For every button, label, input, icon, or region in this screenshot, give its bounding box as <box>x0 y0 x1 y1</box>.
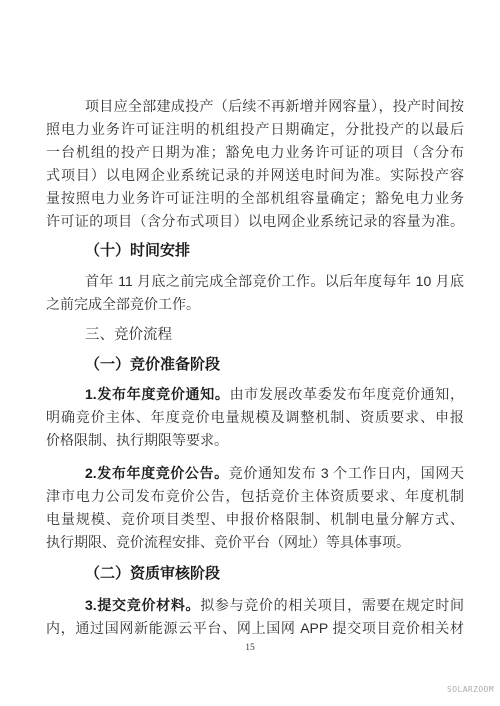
section-heading-bidding-process: 三、竞价流程 <box>46 324 464 347</box>
page-number: 15 <box>0 643 500 653</box>
run-text: 拟参与竞价的相关项目，需要在规定时间 <box>200 597 464 613</box>
text-line: 照电力业务许可证注明的机组投产日期确定，分批投产的以最后 <box>46 118 464 141</box>
run-text: 由市发展改革委发布年度竞价通知， <box>230 386 464 402</box>
text-line: 电量规模、竞价项目类型、申报价格限制、机制电量分解方式、 <box>46 508 464 531</box>
watermark-text: SOLARZOOM <box>447 685 494 694</box>
document-body: 项目应全部建成投产（后续不再新增并网容量），投产时间按 照电力业务许可证注明的机… <box>46 95 464 640</box>
text-line: 价格限制、执行期限等要求。 <box>46 429 464 452</box>
text-line: 2.发布年度竞价公告。竞价通知发布 3 个工作日内，国网天 <box>46 462 464 485</box>
paragraph: 2.发布年度竞价公告。竞价通知发布 3 个工作日内，国网天 津市电力公司发布竞价… <box>46 462 464 554</box>
heading-time-schedule: （十）时间安排 <box>46 239 464 262</box>
bold-lead: 1.发布年度竞价通知。 <box>85 386 230 402</box>
text-line: 许可证的项目（含分布式项目）以电网企业系统记录的容量为准。 <box>46 210 464 233</box>
run-text: 竞价通知发布 3 个工作日内，国网天 <box>229 465 464 481</box>
text-line: 首年 11 月底之前完成全部竞价工作。以后年度每年 10 月底 <box>46 270 464 293</box>
text-line: 1.发布年度竞价通知。由市发展改革委发布年度竞价通知， <box>46 383 464 406</box>
text-line: 内，通过国网新能源云平台、网上国网 APP 提交项目竞价相关材 <box>46 617 464 640</box>
text-line: 3.提交竞价材料。拟参与竞价的相关项目，需要在规定时间 <box>46 594 464 617</box>
paragraph: 项目应全部建成投产（后续不再新增并网容量），投产时间按 照电力业务许可证注明的机… <box>46 95 464 233</box>
text-line: 一台机组的投产日期为准；豁免电力业务许可证的项目（含分布 <box>46 141 464 164</box>
paragraph: 首年 11 月底之前完成全部竞价工作。以后年度每年 10 月底 之前完成全部竞价… <box>46 270 464 316</box>
document-page: 项目应全部建成投产（后续不再新增并网容量），投产时间按 照电力业务许可证注明的机… <box>0 0 500 706</box>
heading-qualification-review-stage: （二）资质审核阶段 <box>46 562 464 585</box>
text-line: 明确竞价主体、年度竞价电量规模及调整机制、资质要求、申报 <box>46 406 464 429</box>
bold-lead: 2.发布年度竞价公告。 <box>85 465 229 481</box>
heading-bidding-preparation-stage: （一）竞价准备阶段 <box>46 353 464 376</box>
text-line: 执行期限、竞价流程安排、竞价平台（网址）等具体事项。 <box>46 531 464 554</box>
text-line: 式项目）以电网企业系统记录的并网送电时间为准。实际投产容 <box>46 164 464 187</box>
text-line: 量按照电力业务许可证注明的全部机组容量确定；豁免电力业务 <box>46 187 464 210</box>
text-line: 之前完成全部竞价工作。 <box>46 293 464 316</box>
paragraph: 1.发布年度竞价通知。由市发展改革委发布年度竞价通知， 明确竞价主体、年度竞价电… <box>46 383 464 452</box>
text-line: 津市电力公司发布竞价公告，包括竞价主体资质要求、年度机制 <box>46 485 464 508</box>
paragraph: 3.提交竞价材料。拟参与竞价的相关项目，需要在规定时间 内，通过国网新能源云平台… <box>46 594 464 640</box>
text-line: 项目应全部建成投产（后续不再新增并网容量），投产时间按 <box>46 95 464 118</box>
bold-lead: 3.提交竞价材料。 <box>85 597 200 613</box>
